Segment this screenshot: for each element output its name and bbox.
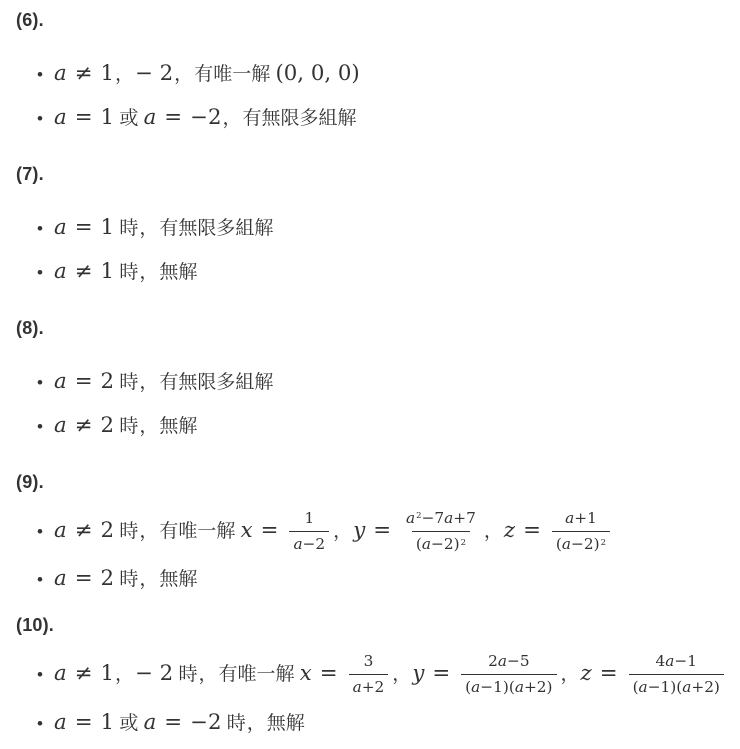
run-punct: ， xyxy=(139,372,158,393)
run-num: −1)( xyxy=(480,678,515,696)
run-op: = xyxy=(523,518,541,543)
run-num: 2 xyxy=(488,652,498,670)
run-var: a xyxy=(406,509,415,527)
bullet-list: •a≠1，− 2，有唯一解 (0, 0, 0) •a=1 或 a=−2，有無限多… xyxy=(16,61,728,133)
fraction-denominator: a+2 xyxy=(349,674,389,697)
run-num: −2) xyxy=(431,535,460,553)
bullet-icon: • xyxy=(37,106,54,132)
run-var: a xyxy=(353,678,362,696)
run-var: a xyxy=(471,678,480,696)
fraction: 3a+2 xyxy=(349,652,389,697)
run-num: −2) xyxy=(571,535,600,553)
run-op: = xyxy=(75,710,93,735)
fraction-denominator: (a−2)2 xyxy=(412,531,470,554)
run-num: 1 xyxy=(101,61,115,86)
run-sup: 2 xyxy=(461,537,466,547)
bullet-icon: • xyxy=(37,62,54,88)
section-heading: (6). xyxy=(16,9,728,31)
run-num: −1)( xyxy=(648,678,683,696)
run-op: ≠ xyxy=(75,259,93,284)
fraction: a2−7a+7(a−2)2 xyxy=(402,509,480,554)
run-num: +2) xyxy=(691,678,720,696)
list-item: •a≠2 時，無解 xyxy=(37,413,728,441)
run-op: = xyxy=(75,215,93,240)
run-text: 或 xyxy=(114,108,144,129)
run-num: 2 xyxy=(101,369,115,394)
run-num: 1 xyxy=(304,509,314,527)
run-punct: ， xyxy=(561,664,580,685)
section-heading: (9). xyxy=(16,471,728,493)
bullet-icon: • xyxy=(37,662,54,688)
run-punct: ， xyxy=(139,262,158,283)
run-op: ≠ xyxy=(75,413,93,438)
run-op: = xyxy=(75,369,93,394)
section-heading: (8). xyxy=(16,317,728,339)
run-text: 時 xyxy=(114,569,138,590)
bullet-icon: • xyxy=(37,216,54,242)
run-text: 無解 xyxy=(267,713,305,734)
run-text: 有唯一解 xyxy=(218,664,299,685)
run-num: −2 xyxy=(303,535,326,553)
section-6: (6). •a≠1，− 2，有唯一解 (0, 0, 0) •a=1 或 a=−2… xyxy=(16,9,728,133)
run-num: −2 xyxy=(190,105,221,130)
list-item: •a≠1，− 2，有唯一解 (0, 0, 0) xyxy=(37,61,728,89)
run-text: 有唯一解 xyxy=(194,64,275,85)
bullet-text: a≠1，− 2 時，有唯一解 x=3a+2，y=2a−5(a−1)(a+2)，z… xyxy=(54,664,727,685)
bullet-text: a≠2 時，無解 xyxy=(54,416,197,437)
run-text: 無解 xyxy=(159,262,197,283)
run-var: z xyxy=(504,518,515,543)
fraction-numerator: 1 xyxy=(300,509,318,531)
run-var: a xyxy=(293,535,302,553)
run-text: 或 xyxy=(114,713,144,734)
section-10: (10). •a≠1，− 2 時，有唯一解 x=3a+2，y=2a−5(a−1)… xyxy=(16,614,728,737)
run-op: = xyxy=(164,105,182,130)
bullet-list: •a≠1，− 2 時，有唯一解 x=3a+2，y=2a−5(a−1)(a+2)，… xyxy=(16,652,728,737)
list-item: •a=1 或 a=−2 時，無解 xyxy=(37,710,728,738)
run-op: = xyxy=(261,518,279,543)
fraction-denominator: (a−2)2 xyxy=(552,531,610,554)
list-item: •a=2 時，無解 xyxy=(37,566,728,594)
bullet-list: •a=1 時，有無限多組解 •a≠1 時，無解 xyxy=(16,215,728,287)
bullet-text: a=1 或 a=−2 時，無解 xyxy=(54,713,305,734)
run-op: = xyxy=(75,566,93,591)
bullet-text: a=1 或 a=−2，有無限多組解 xyxy=(54,108,357,129)
run-var: a xyxy=(444,509,453,527)
run-var: a xyxy=(639,678,648,696)
run-num: − 2 xyxy=(135,61,173,86)
run-op: = xyxy=(164,710,182,735)
run-text: 有無限多組解 xyxy=(159,372,273,393)
fraction: 2a−5(a−1)(a+2) xyxy=(461,652,556,697)
run-punct: ， xyxy=(174,64,193,85)
run-num: 2 xyxy=(101,566,115,591)
run-var: x xyxy=(300,661,312,686)
section-7: (7). •a=1 時，有無限多組解 •a≠1 時，無解 xyxy=(16,163,728,287)
section-heading: (10). xyxy=(16,614,728,636)
run-var: a xyxy=(54,566,67,591)
run-num: 1 xyxy=(101,259,115,284)
run-text: 有無限多組解 xyxy=(159,218,273,239)
run-punct: ， xyxy=(115,64,134,85)
run-punct: ， xyxy=(392,664,411,685)
run-op: = xyxy=(600,661,618,686)
run-punct: ， xyxy=(484,521,503,542)
run-text: 有唯一解 xyxy=(159,521,240,542)
run-num: (0, 0, 0) xyxy=(275,61,359,86)
bullet-list: •a=2 時，有無限多組解 •a≠2 時，無解 xyxy=(16,369,728,441)
section-9: (9). •a≠2 時，有唯一解 x=1a−2，y=a2−7a+7(a−2)2，… xyxy=(16,471,728,594)
run-num: 1 xyxy=(101,661,115,686)
run-text: 時 xyxy=(114,416,138,437)
document-root: (6). •a≠1，− 2，有唯一解 (0, 0, 0) •a=1 或 a=−2… xyxy=(16,9,728,738)
run-op: ≠ xyxy=(75,661,93,686)
run-punct: ， xyxy=(247,713,266,734)
fraction-numerator: 2a−5 xyxy=(484,652,533,674)
run-text: 時 xyxy=(173,664,197,685)
list-item: •a≠2 時，有唯一解 x=1a−2，y=a2−7a+7(a−2)2，z=a+1… xyxy=(37,509,728,554)
run-text: 無解 xyxy=(159,569,197,590)
run-var: a xyxy=(54,259,67,284)
run-op: ≠ xyxy=(75,61,93,86)
run-num: 1 xyxy=(101,710,115,735)
run-punct: ， xyxy=(139,416,158,437)
run-var: y xyxy=(412,661,424,686)
run-num: 1 xyxy=(101,105,115,130)
run-var: a xyxy=(54,518,67,543)
bullet-text: a=2 時，有無限多組解 xyxy=(54,372,273,393)
run-var: a xyxy=(54,61,67,86)
run-num: +1 xyxy=(574,509,597,527)
run-var: z xyxy=(581,661,592,686)
run-var: a xyxy=(498,652,507,670)
bullet-text: a=2 時，無解 xyxy=(54,569,197,590)
bullet-icon: • xyxy=(37,567,54,593)
bullet-text: a=1 時，有無限多組解 xyxy=(54,218,273,239)
fraction: 1a−2 xyxy=(289,509,329,554)
run-var: a xyxy=(682,678,691,696)
run-var: x xyxy=(241,518,253,543)
run-num: 2 xyxy=(101,518,115,543)
run-num: −5 xyxy=(507,652,530,670)
bullet-icon: • xyxy=(37,414,54,440)
list-item: •a=1 時，有無限多組解 xyxy=(37,215,728,243)
fraction-numerator: a+1 xyxy=(561,509,601,531)
run-var: a xyxy=(562,535,571,553)
bullet-icon: • xyxy=(37,519,54,545)
run-num: 1 xyxy=(101,215,115,240)
run-var: y xyxy=(353,518,365,543)
bullet-text: a≠2 時，有唯一解 x=1a−2，y=a2−7a+7(a−2)2，z=a+1(… xyxy=(54,521,613,542)
bullet-icon: • xyxy=(37,370,54,396)
fraction-denominator: (a−1)(a+2) xyxy=(629,674,724,697)
fraction-denominator: a−2 xyxy=(289,531,329,554)
fraction-numerator: 4a−1 xyxy=(652,652,701,674)
run-num: −7 xyxy=(422,509,445,527)
run-num: 3 xyxy=(364,652,374,670)
run-var: a xyxy=(54,661,67,686)
run-num: +2) xyxy=(524,678,553,696)
run-op: = xyxy=(373,518,391,543)
run-text: 無解 xyxy=(159,416,197,437)
run-var: a xyxy=(54,105,67,130)
run-num: −1 xyxy=(674,652,697,670)
run-var: a xyxy=(54,215,67,240)
run-text: 有無限多組解 xyxy=(243,108,357,129)
bullet-icon: • xyxy=(37,260,54,286)
run-punct: ， xyxy=(139,521,158,542)
section-heading: (7). xyxy=(16,163,728,185)
run-var: a xyxy=(54,710,67,735)
run-var: a xyxy=(515,678,524,696)
run-var: a xyxy=(565,509,574,527)
run-var: a xyxy=(422,535,431,553)
run-num: +7 xyxy=(453,509,476,527)
run-var: a xyxy=(144,710,157,735)
run-text: 時 xyxy=(221,713,245,734)
run-text: 時 xyxy=(114,218,138,239)
bullet-text: a≠1 時，無解 xyxy=(54,262,197,283)
bullet-list: •a≠2 時，有唯一解 x=1a−2，y=a2−7a+7(a−2)2，z=a+1… xyxy=(16,509,728,594)
run-punct: ， xyxy=(333,521,352,542)
run-num: +2 xyxy=(362,678,385,696)
run-punct: ， xyxy=(198,664,217,685)
run-op: = xyxy=(432,661,450,686)
list-item: •a=1 或 a=−2，有無限多組解 xyxy=(37,105,728,133)
run-op: = xyxy=(75,105,93,130)
run-var: a xyxy=(144,105,157,130)
fraction-denominator: (a−1)(a+2) xyxy=(461,674,556,697)
list-item: •a≠1，− 2 時，有唯一解 x=3a+2，y=2a−5(a−1)(a+2)，… xyxy=(37,652,728,697)
section-8: (8). •a=2 時，有無限多組解 •a≠2 時，無解 xyxy=(16,317,728,441)
run-var: a xyxy=(54,413,67,438)
run-num: 2 xyxy=(101,413,115,438)
run-punct: ， xyxy=(139,218,158,239)
fraction-numerator: a2−7a+7 xyxy=(402,509,480,531)
run-punct: ， xyxy=(115,664,134,685)
fraction-numerator: 3 xyxy=(360,652,378,674)
run-var: a xyxy=(54,369,67,394)
fraction: a+1(a−2)2 xyxy=(552,509,610,554)
fraction: 4a−1(a−1)(a+2) xyxy=(629,652,724,697)
bullet-icon: • xyxy=(37,711,54,737)
run-op: ≠ xyxy=(75,518,93,543)
run-text: 時 xyxy=(114,372,138,393)
run-punct: ， xyxy=(139,569,158,590)
run-sup: 2 xyxy=(601,537,606,547)
run-num: −2 xyxy=(190,710,221,735)
run-text: 時 xyxy=(114,262,138,283)
bullet-text: a≠1，− 2，有唯一解 (0, 0, 0) xyxy=(54,64,360,85)
list-item: •a≠1 時，無解 xyxy=(37,259,728,287)
run-num: − 2 xyxy=(135,661,173,686)
list-item: •a=2 時，有無限多組解 xyxy=(37,369,728,397)
run-text: 時 xyxy=(114,521,138,542)
run-punct: ， xyxy=(222,108,241,129)
run-op: = xyxy=(320,661,338,686)
run-num: 4 xyxy=(656,652,666,670)
